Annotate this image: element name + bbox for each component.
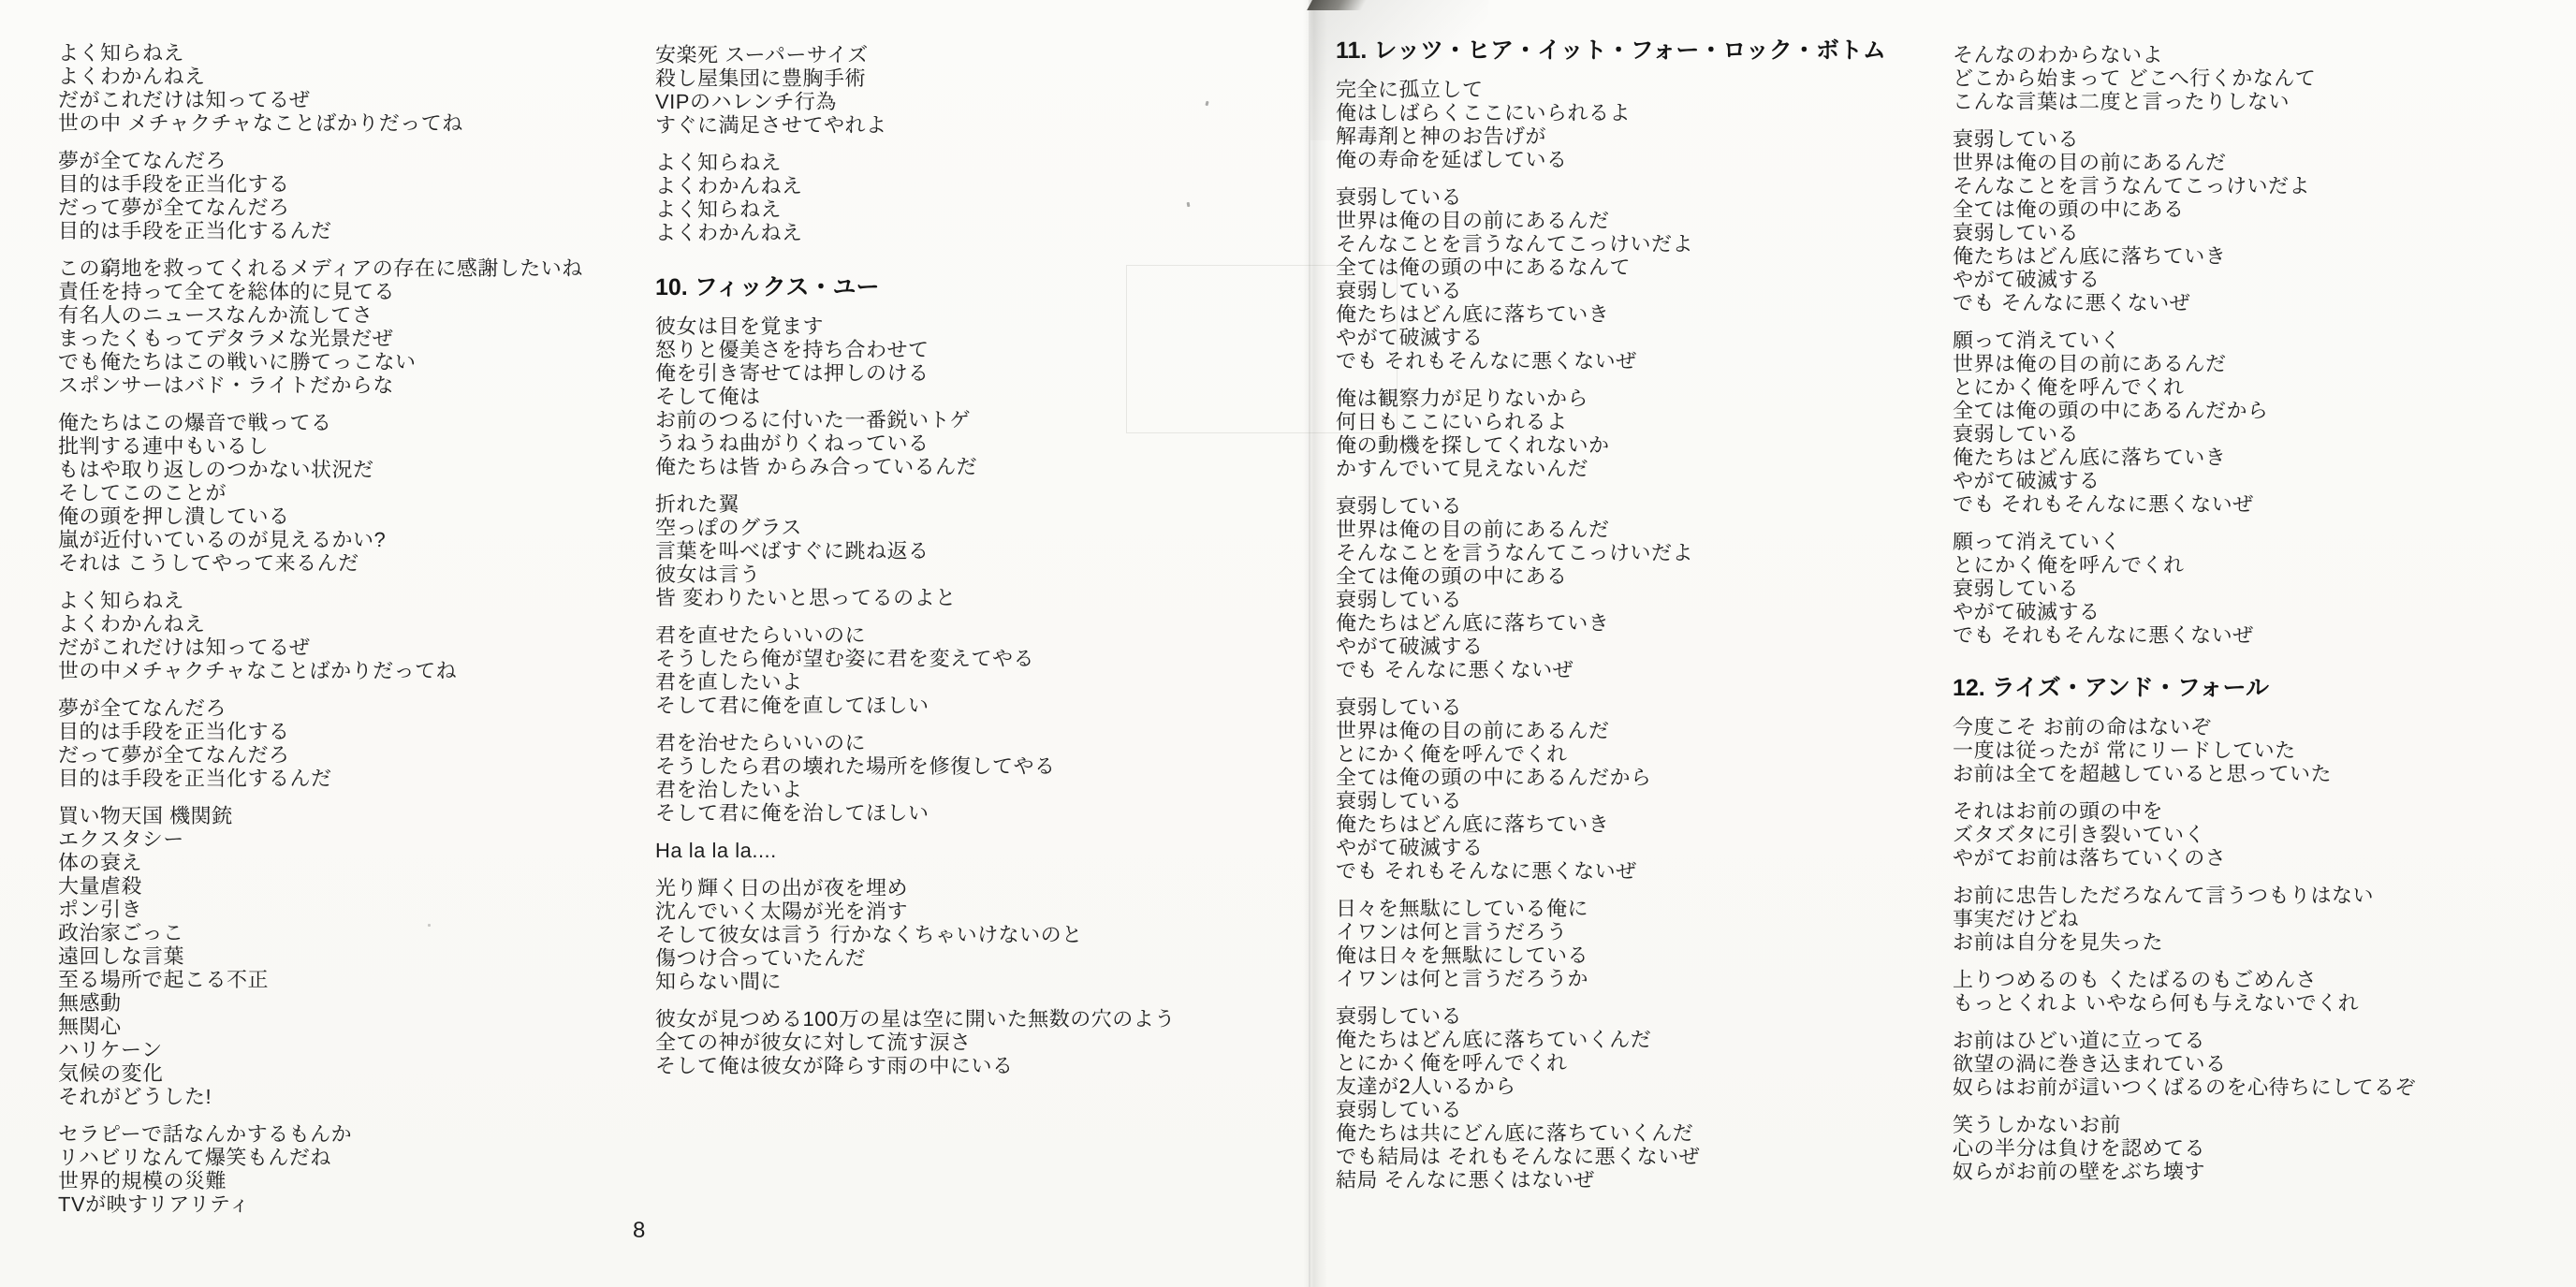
lyric-line: でも それもそんなに悪くないぜ	[1336, 859, 1935, 883]
lyric-line: 目的は手段を正当化するんだ	[58, 219, 657, 242]
lyric-line: 全ては俺の頭の中にあるなんて	[1336, 256, 1935, 279]
lyric-line: 何日もここにいられるよ	[1336, 410, 1935, 433]
stanza: 願って消えていく世界は俺の目の前にあるんだとにかく俺を呼んでくれ全ては俺の頭の中…	[1953, 329, 2552, 516]
stanza: 買い物天国 機関銃エクスタシー体の衰え大量虐殺ポン引き政治家ごっこ遠回しな言葉至…	[58, 804, 657, 1108]
lyric-line: イワンは何と言うだろうか	[1336, 967, 1935, 990]
lyric-line: 一度は従ったが 常にリードしていた	[1953, 739, 2552, 762]
lyric-line: うねうね曲がりくねっている	[655, 431, 1254, 455]
lyric-line: 体の衰え	[58, 851, 657, 874]
lyric-line: 目的は手段を正当化する	[58, 172, 657, 196]
lyric-line: 結局 そんなに悪くはないぜ	[1336, 1168, 1935, 1192]
fold-top-shadow	[1307, 0, 1367, 10]
lyric-line: やがて破滅する	[1953, 600, 2552, 623]
lyric-line: 俺の動機を探してくれないか	[1336, 433, 1935, 457]
stanza: 笑うしかないお前心の半分は負けを認めてる奴らがお前の壁をぶち壊す	[1953, 1113, 2552, 1183]
lyric-line: お前は自分を見失った	[1953, 930, 2552, 954]
lyric-line: でも そんなに悪くないぜ	[1336, 658, 1935, 681]
stanza: それはお前の頭の中をズタズタに引き裂いていくやがてお前は落ちていくのさ	[1953, 799, 2552, 870]
lyric-line: そして彼女は言う 行かなくちゃいけないのと	[655, 923, 1254, 946]
lyric-line: 夢が全てなんだろ	[58, 696, 657, 720]
lyric-line: やがて破滅する	[1336, 635, 1935, 658]
lyric-line: そんなことを言うなんてこっけいだよ	[1953, 174, 2552, 197]
stanza: 今度こそ お前の命はないぞ一度は従ったが 常にリードしていたお前は全てを超越して…	[1953, 715, 2552, 785]
lyric-line: こんな言葉は二度と言ったりしない	[1953, 90, 2552, 113]
booklet-scan: { "page_label": "8", "colors": { "paper"…	[0, 0, 2576, 1287]
lyric-line: 気候の変化	[58, 1061, 657, 1085]
lyric-line: 至る場所で起こる不正	[58, 968, 657, 991]
lyric-line: 衰弱している	[1336, 789, 1935, 812]
lyric-line: エクスタシー	[58, 827, 657, 851]
lyric-line: 衰弱している	[1336, 695, 1935, 719]
lyric-line: とにかく俺を呼んでくれ	[1953, 375, 2552, 399]
lyric-line: 衰弱している	[1953, 422, 2552, 446]
lyric-line: 俺たちはどん底に落ちていき	[1953, 244, 2552, 268]
lyric-line: でも俺たちはこの戦いに勝てっこない	[58, 350, 657, 373]
lyric-line: だって夢が全てなんだろ	[58, 743, 657, 767]
stanza: 衰弱している世界は俺の目の前にあるんだそんなことを言うなんてこっけいだよ全ては俺…	[1336, 185, 1935, 373]
lyric-line: 世の中 メチャクチャなことばかりだってね	[58, 111, 657, 135]
lyric-line: もっとくれよ いやなら何も与えないでくれ	[1953, 991, 2552, 1015]
lyric-line: 俺たちは共にどん底に落ちていくんだ	[1336, 1121, 1935, 1145]
lyric-line: やがて破滅する	[1953, 469, 2552, 492]
lyric-line: 衰弱している	[1336, 1004, 1935, 1028]
lyric-line: Ha la la la....	[655, 839, 1254, 862]
lyric-line: 世界は俺の目の前にあるんだ	[1953, 151, 2552, 174]
lyric-line: 無関心	[58, 1015, 657, 1038]
lyric-line: 願って消えていく	[1953, 530, 2552, 553]
lyric-line: かすんでいて見えないんだ	[1336, 457, 1935, 480]
lyric-line: だがこれだけは知ってるぜ	[58, 636, 657, 659]
lyric-line: 全ては俺の頭の中にあるんだから	[1336, 766, 1935, 789]
lyric-line: そんなことを言うなんてこっけいだよ	[1336, 232, 1935, 256]
lyric-line: 全ては俺の頭の中にある	[1953, 197, 2552, 221]
lyric-line: そうしたら君の壊れた場所を修復してやる	[655, 754, 1254, 778]
lyric-line: よく知らねえ	[655, 151, 1254, 174]
lyric-line: 俺たちはどん底に落ちていき	[1953, 446, 2552, 469]
stanza: そんなのわからないよどこから始まって どこへ行くかなんてこんな言葉は二度と言った…	[1953, 43, 2552, 113]
lyric-line: 俺たちはこの爆音で戦ってる	[58, 411, 657, 434]
lyric-line: 世の中メチャクチャなことばかりだってね	[58, 659, 657, 682]
lyric-line: 上りつめるのも くたばるのもごめんさ	[1953, 968, 2552, 991]
stanza: お前に忠告しただろなんて言うつもりはない事実だけどねお前は自分を見失った	[1953, 884, 2552, 954]
lyric-line: 俺たちは皆 からみ合っているんだ	[655, 455, 1254, 478]
lyric-line: でも それもそんなに悪くないぜ	[1953, 623, 2552, 647]
lyric-line: 奴らはお前が這いつくばるのを心待ちにしてるぞ	[1953, 1075, 2552, 1099]
lyric-line: 日々を無駄にしている俺に	[1336, 897, 1935, 920]
lyric-line: スポンサーはバド・ライトだからな	[58, 373, 657, 397]
lyric-line: 世界は俺の目の前にあるんだ	[1336, 209, 1935, 232]
stanza: セラピーで話なんかするもんかリハビリなんて爆笑もんだね世界的規模の災難TVが映す…	[58, 1122, 657, 1216]
lyric-line: どこから始まって どこへ行くかなんて	[1953, 66, 2552, 90]
lyric-line: 傷つけ合っていたんだ	[655, 946, 1254, 970]
stanza: よく知らねえよくわかんねえよく知らねえよくわかんねえ	[655, 151, 1254, 244]
lyric-line: 目的は手段を正当化するんだ	[58, 767, 657, 790]
stanza: 俺たちはこの爆音で戦ってる批判する連中もいるしもはや取り返しのつかない状況だそし…	[58, 411, 657, 575]
lyric-line: 有名人のニュースなんか流してさ	[58, 303, 657, 327]
lyric-line: やがて破滅する	[1336, 326, 1935, 349]
lyric-line: まったくもってデタラメな光景だぜ	[58, 327, 657, 350]
lyric-line: 俺は観察力が足りないから	[1336, 387, 1935, 410]
stanza: 彼女が見つめる100万の星は空に開いた無数の穴のよう全ての神が彼女に対して流す涙…	[655, 1007, 1254, 1077]
lyric-line: 嵐が近付いているのが見えるかい?	[58, 528, 657, 551]
lyric-line: 世界は俺の目の前にあるんだ	[1336, 518, 1935, 541]
lyric-line: 夢が全てなんだろ	[58, 149, 657, 172]
lyric-line: 皆 変わりたいと思ってるのよと	[655, 586, 1254, 609]
lyric-line: 俺たちはどん底に落ちていき	[1336, 611, 1935, 635]
lyric-line: 目的は手段を正当化する	[58, 720, 657, 743]
lyric-line: 今度こそ お前の命はないぞ	[1953, 715, 2552, 739]
lyric-line: やがてお前は落ちていくのさ	[1953, 846, 2552, 870]
stanza: 衰弱している世界は俺の目の前にあるんだそんなことを言うなんてこっけいだよ全ては俺…	[1953, 127, 2552, 314]
lyric-line: とにかく俺を呼んでくれ	[1336, 1051, 1935, 1075]
lyric-line: 批判する連中もいるし	[58, 434, 657, 458]
lyric-line: 君を直せたらいいのに	[655, 623, 1254, 647]
lyric-line: よくわかんねえ	[58, 65, 657, 88]
lyric-line: それは こうしてやって来るんだ	[58, 551, 657, 575]
lyric-line: ズタズタに引き裂いていく	[1953, 823, 2552, 846]
lyric-line: よくわかんねえ	[655, 221, 1254, 244]
lyrics-column-right-1: 11. レッツ・ヒア・イット・フォー・ロック・ボトム完全に孤立して俺はしばらくこ…	[1336, 37, 1935, 1192]
stanza: この窮地を救ってくれるメディアの存在に感謝したいね責任を持って全てを総体的に見て…	[58, 256, 657, 397]
lyric-line: とにかく俺を呼んでくれ	[1336, 742, 1935, 766]
lyric-line: 光り輝く日の出が夜を埋め	[655, 876, 1254, 899]
scan-artifact-box	[1126, 265, 1398, 433]
stanza: よく知らねえよくわかんねえだがこれだけは知ってるぜ世の中 メチャクチャなことばか…	[58, 41, 657, 135]
lyric-line: 安楽死 スーパーサイズ	[655, 43, 1254, 66]
lyric-line: 大量虐殺	[58, 874, 657, 898]
lyric-line: 世界は俺の目の前にあるんだ	[1336, 719, 1935, 742]
lyric-line: 衰弱している	[1336, 279, 1935, 302]
lyric-line: お前に忠告しただろなんて言うつもりはない	[1953, 884, 2552, 907]
lyric-line: でも それもそんなに悪くないぜ	[1953, 492, 2552, 516]
lyric-line: リハビリなんて爆笑もんだね	[58, 1146, 657, 1169]
lyric-line: イワンは何と言うだろう	[1336, 920, 1935, 943]
stanza: 君を直せたらいいのにそうしたら俺が望む姿に君を変えてやる君を直したいよそして君に…	[655, 623, 1254, 717]
stanza: 光り輝く日の出が夜を埋め沈んでいく太陽が光を消すそして彼女は言う 行かなくちゃい…	[655, 876, 1254, 993]
lyric-line: 君を治したいよ	[655, 778, 1254, 801]
lyric-line: もはや取り返しのつかない状況だ	[58, 458, 657, 481]
lyric-line: ハリケーン	[58, 1038, 657, 1061]
lyric-line: そして君に俺を直してほしい	[655, 694, 1254, 717]
stanza: よく知らねえよくわかんねえだがこれだけは知ってるぜ世の中メチャクチャなことばかり…	[58, 589, 657, 682]
stanza: 完全に孤立して俺はしばらくここにいられるよ解毒剤と神のお告げが俺の寿命を延ばして…	[1336, 78, 1935, 171]
lyric-line: 折れた翼	[655, 492, 1254, 516]
lyric-line: 衰弱している	[1953, 221, 2552, 244]
scan-speck	[1187, 202, 1191, 207]
stanza: 衰弱している俺たちはどん底に落ちていくんだとにかく俺を呼んでくれ友達が2人いるか…	[1336, 1004, 1935, 1192]
lyric-line: 殺し屋集団に豊胸手術	[655, 66, 1254, 90]
lyric-line: TVが映すリアリティ	[58, 1192, 657, 1216]
lyric-line: 彼女が見つめる100万の星は空に開いた無数の穴のよう	[655, 1007, 1254, 1031]
stanza: 上りつめるのも くたばるのもごめんさもっとくれよ いやなら何も与えないでくれ	[1953, 968, 2552, 1015]
lyric-line: 友達が2人いるから	[1336, 1075, 1935, 1098]
lyric-line: そして俺は彼女が降らす雨の中にいる	[655, 1054, 1254, 1077]
lyric-line: でも そんなに悪くないぜ	[1953, 291, 2552, 314]
lyric-line: やがて破滅する	[1336, 836, 1935, 859]
lyric-line: 願って消えていく	[1953, 329, 2552, 352]
stanza: お前はひどい道に立ってる欲望の渦に巻き込まれている奴らはお前が這いつくばるのを心…	[1953, 1029, 2552, 1099]
lyric-line: 衰弱している	[1336, 185, 1935, 209]
lyric-line: とにかく俺を呼んでくれ	[1953, 553, 2552, 577]
stanza: 夢が全てなんだろ目的は手段を正当化するだって夢が全てなんだろ目的は手段を正当化す…	[58, 696, 657, 790]
lyric-line: 欲望の渦に巻き込まれている	[1953, 1052, 2552, 1075]
lyric-line: お前はひどい道に立ってる	[1953, 1029, 2552, 1052]
lyric-line: そして君に俺を治してほしい	[655, 801, 1254, 825]
lyric-line: 事実だけどね	[1953, 907, 2552, 930]
track-heading: 12. ライズ・アンド・フォール	[1953, 675, 2552, 702]
lyric-line: 奴らがお前の壁をぶち壊す	[1953, 1160, 2552, 1183]
lyric-line: だって夢が全てなんだろ	[58, 196, 657, 219]
lyric-line: 衰弱している	[1336, 588, 1935, 611]
lyric-line: そうしたら俺が望む姿に君を変えてやる	[655, 647, 1254, 670]
lyric-line: 笑うしかないお前	[1953, 1113, 2552, 1136]
lyric-line: 世界的規模の災難	[58, 1169, 657, 1192]
lyric-line: 全ては俺の頭の中にあるんだから	[1953, 399, 2552, 422]
lyric-line: ポン引き	[58, 898, 657, 921]
lyric-line: 俺の頭を押し潰している	[58, 505, 657, 528]
lyric-line: 彼女は言う	[655, 563, 1254, 586]
stanza: 折れた翼空っぽのグラス言葉を叫べばすぐに跳ね返る彼女は言う皆 変わりたいと思って…	[655, 492, 1254, 609]
stanza: 夢が全てなんだろ目的は手段を正当化するだって夢が全てなんだろ目的は手段を正当化す…	[58, 149, 657, 242]
stanza: 俺は観察力が足りないから何日もここにいられるよ俺の動機を探してくれないかかすんで…	[1336, 387, 1935, 480]
lyric-line: この窮地を救ってくれるメディアの存在に感謝したいね	[58, 256, 657, 280]
lyric-line: そんなことを言うなんてこっけいだよ	[1336, 541, 1935, 564]
scan-speck	[428, 924, 431, 927]
lyric-line: 言葉を叫べばすぐに跳ね返る	[655, 539, 1254, 563]
lyric-line: 全ては俺の頭の中にある	[1336, 564, 1935, 588]
page-edge-line	[1309, 0, 1310, 1287]
lyric-line: 衰弱している	[1953, 127, 2552, 151]
lyric-line: そしてこのことが	[58, 481, 657, 505]
lyric-line: 責任を持って全てを総体的に見てる	[58, 280, 657, 303]
lyric-line: 心の半分は負けを認めてる	[1953, 1136, 2552, 1160]
lyric-line: 俺はしばらくここにいられるよ	[1336, 101, 1935, 124]
lyric-line: 無感動	[58, 991, 657, 1015]
lyric-line: お前は全てを超越していると思っていた	[1953, 762, 2552, 785]
lyric-line: だがこれだけは知ってるぜ	[58, 88, 657, 111]
track-heading: 11. レッツ・ヒア・イット・フォー・ロック・ボトム	[1336, 37, 1935, 65]
stanza: 願って消えていくとにかく俺を呼んでくれ衰弱しているやがて破滅するでも それもそん…	[1953, 530, 2552, 647]
lyrics-column-left-2: 安楽死 スーパーサイズ殺し屋集団に豊胸手術VIPのハレンチ行為すぐに満足させてや…	[655, 43, 1254, 1077]
stanza: 衰弱している世界は俺の目の前にあるんだとにかく俺を呼んでくれ全ては俺の頭の中にあ…	[1336, 695, 1935, 883]
lyric-line: よくわかんねえ	[655, 174, 1254, 197]
lyric-line: 俺は日々を無駄にしている	[1336, 943, 1935, 967]
booklet-spread: よく知らねえよくわかんねえだがこれだけは知ってるぜ世の中 メチャクチャなことばか…	[0, 0, 2576, 1287]
lyric-line: 俺の寿命を延ばしている	[1336, 148, 1935, 171]
lyric-line: 全ての神が彼女に対して流す涙さ	[655, 1031, 1254, 1054]
stanza: 衰弱している世界は俺の目の前にあるんだそんなことを言うなんてこっけいだよ全ては俺…	[1336, 494, 1935, 681]
lyric-line: よく知らねえ	[58, 41, 657, 65]
lyric-line: 衰弱している	[1336, 494, 1935, 518]
lyric-line: 政治家ごっこ	[58, 921, 657, 944]
lyric-line: 俺たちはどん底に落ちていき	[1336, 812, 1935, 836]
stanza: 日々を無駄にしている俺にイワンは何と言うだろう俺は日々を無駄にしているイワンは何…	[1336, 897, 1935, 990]
lyric-line: 知らない間に	[655, 970, 1254, 993]
lyric-line: セラピーで話なんかするもんか	[58, 1122, 657, 1146]
lyric-line: 君を治せたらいいのに	[655, 731, 1254, 754]
lyric-line: 解毒剤と神のお告げが	[1336, 124, 1935, 148]
lyric-line: でも それもそんなに悪くないぜ	[1336, 349, 1935, 373]
lyric-line: 遠回しな言葉	[58, 944, 657, 968]
lyric-line: でも結局は それもそんなに悪くないぜ	[1336, 1145, 1935, 1168]
lyric-line: 俺たちはどん底に落ちていくんだ	[1336, 1028, 1935, 1051]
lyric-line: それはお前の頭の中を	[1953, 799, 2552, 823]
lyric-line: 空っぽのグラス	[655, 516, 1254, 539]
lyric-line: よくわかんねえ	[58, 612, 657, 636]
lyrics-column-right-2: そんなのわからないよどこから始まって どこへ行くかなんてこんな言葉は二度と言った…	[1953, 43, 2552, 1183]
lyric-line: 買い物天国 機関銃	[58, 804, 657, 827]
lyric-line: そんなのわからないよ	[1953, 43, 2552, 66]
lyric-line: それがどうした!	[58, 1085, 657, 1108]
lyric-line: 世界は俺の目の前にあるんだ	[1953, 352, 2552, 375]
lyric-line: よく知らねえ	[655, 197, 1254, 221]
stanza: Ha la la la....	[655, 839, 1254, 862]
lyric-line: 君を直したいよ	[655, 670, 1254, 694]
stanza: 君を治せたらいいのにそうしたら君の壊れた場所を修復してやる君を治したいよそして君…	[655, 731, 1254, 825]
lyric-line: 衰弱している	[1953, 577, 2552, 600]
lyric-line: 衰弱している	[1336, 1098, 1935, 1121]
lyrics-column-left-1: よく知らねえよくわかんねえだがこれだけは知ってるぜ世の中 メチャクチャなことばか…	[58, 41, 657, 1216]
lyric-line: VIPのハレンチ行為	[655, 90, 1254, 113]
lyric-line: 完全に孤立して	[1336, 78, 1935, 101]
stanza: 安楽死 スーパーサイズ殺し屋集団に豊胸手術VIPのハレンチ行為すぐに満足させてや…	[655, 43, 1254, 137]
lyric-line: 沈んでいく太陽が光を消す	[655, 899, 1254, 923]
lyric-line: すぐに満足させてやれよ	[655, 113, 1254, 137]
lyric-line: よく知らねえ	[58, 589, 657, 612]
page-fold-shadow	[1303, 0, 1327, 1287]
lyric-line: やがて破滅する	[1953, 268, 2552, 291]
lyric-line: 俺たちはどん底に落ちていき	[1336, 302, 1935, 326]
page-number: 8	[633, 1218, 645, 1244]
